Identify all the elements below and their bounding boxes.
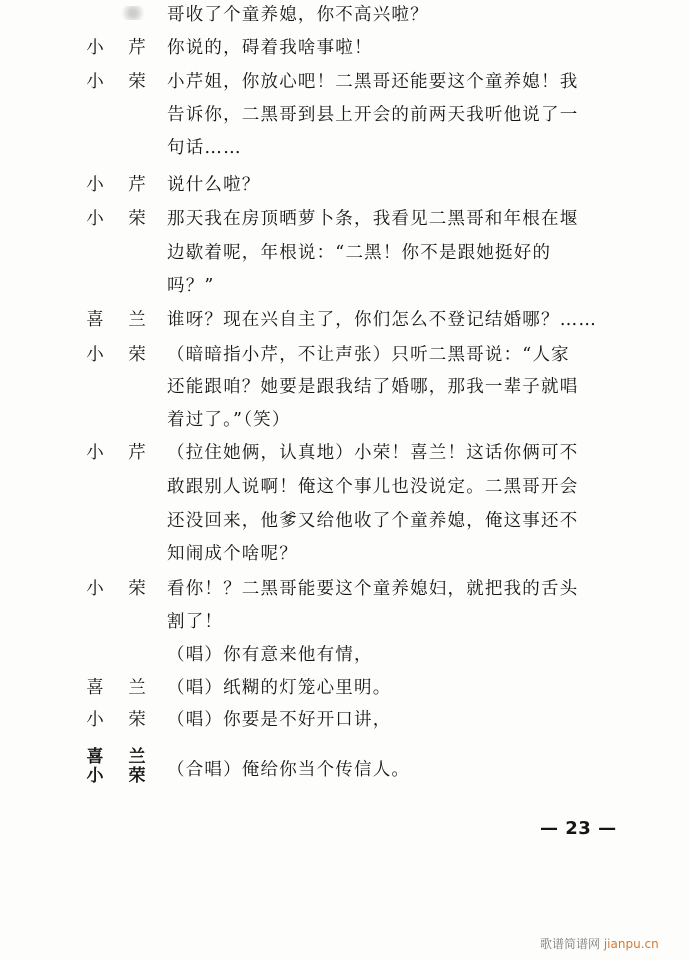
dialogue-line: 小芹说什么啦？	[0, 170, 690, 200]
watermark-domain: jianpu.cn	[604, 937, 659, 951]
dialogue-line: 小荣（暗暗指小芹，不让声张）只听二黑哥说：“人家	[0, 340, 690, 370]
dialogue-text: 那天我在房顶晒萝卜条，我看见二黑哥和年根在堰	[167, 204, 578, 234]
speaker-name-char2: 兰	[126, 673, 148, 703]
speaker-name-char2: 荣	[126, 705, 148, 735]
dialogue-text: （拉住她俩，认真地）小荣！喜兰！这话你俩可不	[167, 438, 578, 468]
dialogue-line: 割了！	[0, 607, 690, 637]
watermark-site-name: 歌谱简谱网	[540, 937, 600, 951]
dialogue-text: 说什么啦？	[167, 170, 261, 200]
speaker-column-1: 喜 小	[84, 748, 106, 786]
speaker-name-char1: 小	[84, 340, 106, 370]
dialogue-text: （唱）纸糊的灯笼心里明。	[167, 673, 391, 703]
watermark: 歌谱简谱网 jianpu.cn	[540, 935, 659, 952]
dialogue-line: 句话……	[0, 133, 690, 163]
dialogue-text: 还能跟咱？她要是跟我结了婚哪，那我一辈子就唱	[167, 372, 578, 402]
speaker-name-char2: 兰	[126, 305, 148, 335]
dialogue-text: 着过了。”（笑）	[167, 405, 291, 435]
speaker-char: 喜	[84, 748, 106, 767]
page-number: — 23 —	[540, 818, 617, 839]
dialogue-text: 敢跟别人说啊！俺这个事儿也没说定。二黑哥开会	[167, 472, 578, 502]
dialogue-text: 小芹姐，你放心吧！二黑哥还能要这个童养媳！我	[167, 67, 578, 97]
dialogue-line: 敢跟别人说啊！俺这个事儿也没说定。二黑哥开会	[0, 472, 690, 502]
speaker-name-char2: 荣	[126, 574, 148, 604]
dialogue-line: （唱）你有意来他有情，	[0, 640, 690, 670]
dialogue-line: 小芹（拉住她俩，认真地）小荣！喜兰！这话你俩可不	[0, 438, 690, 468]
dialogue-line: 小荣那天我在房顶晒萝卜条，我看见二黑哥和年根在堰	[0, 204, 690, 234]
speaker-char: 兰	[126, 748, 148, 767]
speaker-name-char1: 小	[84, 33, 106, 63]
dialogue-text: 谁呀？现在兴自主了，你们怎么不登记结婚哪？……	[167, 305, 597, 335]
dialogue-text: （合唱）俺给你当个传信人。	[167, 755, 410, 785]
speaker-name-char1: 小	[84, 204, 106, 234]
dialogue-text: （暗暗指小芹，不让声张）只听二黑哥说：“人家	[167, 340, 570, 370]
speaker-name-char2: 荣	[126, 204, 148, 234]
speaker-name-char1: 小	[84, 705, 106, 735]
speaker-name-char2: 荣	[126, 340, 148, 370]
dialogue-line: 还能跟咱？她要是跟我结了婚哪，那我一辈子就唱	[0, 372, 690, 402]
dialogue-text: （唱）你有意来他有情，	[167, 640, 373, 670]
script-page: 哥收了个童养媳，你不高兴啦？小芹你说的，碍着我啥事啦！小荣小芹姐，你放心吧！二黑…	[0, 0, 690, 960]
dialogue-line: 边歇着呢，年根说：“二黑！你不是跟她挺好的	[0, 238, 690, 268]
dialogue-text: 看你！？二黑哥能要这个童养媳妇，就把我的舌头	[167, 574, 578, 604]
dialogue-text: 还没回来，他爹又给他收了个童养媳，俺这事还不	[167, 506, 578, 536]
dialogue-line: 告诉你，二黑哥到县上开会的前两天我听他说了一	[0, 100, 690, 130]
dialogue-line: 哥收了个童养媳，你不高兴啦？	[0, 0, 690, 30]
speaker-name-char2: 芹	[126, 170, 148, 200]
speaker-name-char1: 喜	[84, 673, 106, 703]
speaker-char: 荣	[126, 767, 148, 786]
speaker-name-char1: 小	[84, 170, 106, 200]
dialogue-line: 着过了。”（笑）	[0, 405, 690, 435]
dialogue-text: 你说的，碍着我啥事啦！	[167, 33, 373, 63]
dialogue-line: 知闹成个啥呢？	[0, 539, 690, 569]
speaker-name-char1: 小	[84, 574, 106, 604]
speaker-name-char1: 小	[84, 438, 106, 468]
dialogue-text: 句话……	[167, 133, 242, 163]
speaker-name-char1: 小	[84, 67, 106, 97]
dialogue-line: 喜兰谁呀？现在兴自主了，你们怎么不登记结婚哪？……	[0, 305, 690, 335]
dialogue-line: 吗？”	[0, 271, 690, 301]
speaker-name-char2: 芹	[126, 438, 148, 468]
dialogue-text: 知闹成个啥呢？	[167, 539, 298, 569]
dialogue-text: 边歇着呢，年根说：“二黑！你不是跟她挺好的	[167, 238, 551, 268]
dialogue-text: 吗？”	[167, 271, 215, 301]
dialogue-line-duet: 喜 小 兰 荣 （合唱）俺给你当个传信人。	[0, 748, 690, 792]
dialogue-text: 割了！	[167, 607, 223, 637]
dialogue-line: 还没回来，他爹又给他收了个童养媳，俺这事还不	[0, 506, 690, 536]
speaker-name-char1: 喜	[84, 305, 106, 335]
dialogue-line: 小荣（唱）你要是不好开口讲，	[0, 705, 690, 735]
speaker-name-char2: 芹	[126, 33, 148, 63]
dialogue-line: 喜兰（唱）纸糊的灯笼心里明。	[0, 673, 690, 703]
speaker-name-char2: 荣	[126, 67, 148, 97]
dialogue-text: （唱）你要是不好开口讲，	[167, 705, 391, 735]
dialogue-line: 小荣小芹姐，你放心吧！二黑哥还能要这个童养媳！我	[0, 67, 690, 97]
dialogue-text: 告诉你，二黑哥到县上开会的前两天我听他说了一	[167, 100, 578, 130]
dialogue-line: 小芹你说的，碍着我啥事啦！	[0, 33, 690, 63]
dialogue-text: 哥收了个童养媳，你不高兴啦？	[167, 0, 429, 30]
speaker-char: 小	[84, 767, 106, 786]
dialogue-line: 小荣看你！？二黑哥能要这个童养媳妇，就把我的舌头	[0, 574, 690, 604]
speaker-column-2: 兰 荣	[126, 748, 148, 786]
